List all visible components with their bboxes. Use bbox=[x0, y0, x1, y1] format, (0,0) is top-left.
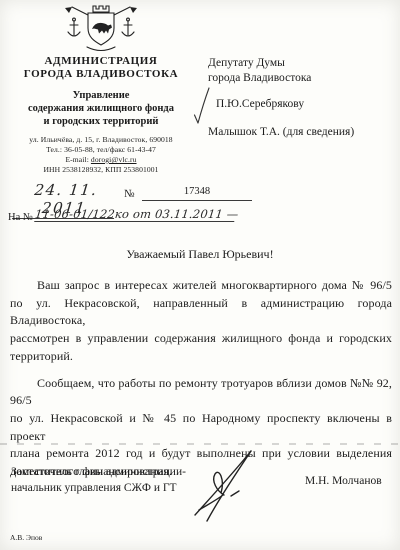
vladivostok-coat-of-arms-icon bbox=[62, 2, 140, 52]
paragraph-line: Сообщаем, что работы по ремонту тротуаро… bbox=[10, 375, 392, 410]
email-line: E-mail: dorogi@vlc.ru bbox=[6, 155, 196, 165]
incoming-reference-handwritten: 11-06-01/122ко от 03.11.2011 — bbox=[34, 207, 236, 222]
signer-title-line2: начальник управления СЖФ и ГТ bbox=[11, 480, 186, 496]
inn-kpp-line: ИНН 2538128932, КПП 253801001 bbox=[6, 165, 196, 175]
outgoing-number: 17348 bbox=[142, 186, 252, 201]
email-address: dorogi@vlc.ru bbox=[91, 155, 137, 164]
number-sign-label: № bbox=[124, 188, 135, 200]
recipient-block: Депутату Думы города Владивостока П.Ю.Се… bbox=[208, 56, 393, 140]
executor-name: А.В. Эпов bbox=[10, 533, 42, 542]
reply-to-label: На № bbox=[8, 212, 33, 223]
reference-block: 24. 11. 2011 № 17348 На № 11-06-01/122ко… bbox=[0, 183, 400, 228]
signer-title-line1: Заместитель главы администрации- bbox=[11, 464, 186, 480]
dept-line1: Управление bbox=[6, 89, 196, 102]
department-name: Управление содержания жилищного фонда и … bbox=[6, 89, 196, 128]
paragraph-line: территорий. bbox=[10, 348, 392, 366]
org-name-line2: ГОРОДА ВЛАДИВОСТОКА bbox=[6, 68, 196, 81]
paragraph-line: по ул. Некрасовской и № 45 по Народному … bbox=[10, 410, 392, 445]
dept-line3: и городских территорий bbox=[6, 115, 196, 128]
signer-title: Заместитель главы администрации- начальн… bbox=[11, 464, 186, 496]
salutation: Уважаемый Павел Юрьевич! bbox=[0, 247, 400, 262]
recipient-line1: Депутату Думы bbox=[208, 56, 393, 71]
recipient-line2: города Владивостока bbox=[208, 71, 393, 86]
recipient-name: П.Ю.Серебрякову bbox=[216, 97, 393, 112]
contact-block: ул. Ильичёва, д. 15, г. Владивосток, 690… bbox=[6, 135, 196, 175]
handwritten-checkmark-icon bbox=[193, 86, 211, 126]
scanned-letter-page: АДМИНИСТРАЦИЯ ГОРОДА ВЛАДИВОСТОКА Управл… bbox=[0, 0, 400, 550]
org-name: АДМИНИСТРАЦИЯ ГОРОДА ВЛАДИВОСТОКА bbox=[6, 55, 196, 81]
letterhead: АДМИНИСТРАЦИЯ ГОРОДА ВЛАДИВОСТОКА Управл… bbox=[6, 2, 196, 175]
postal-address: ул. Ильичёва, д. 15, г. Владивосток, 690… bbox=[6, 135, 196, 145]
recipient-copy: Малышок Т.А. (для сведения) bbox=[208, 125, 393, 140]
dept-line2: содержания жилищного фонда bbox=[6, 102, 196, 115]
phone-line: Тел.: 36-05-88, тел/факс 61-43-47 bbox=[6, 145, 196, 155]
handwritten-signature-icon bbox=[183, 443, 283, 528]
paragraph-line: рассмотрен в управлении содержания жилищ… bbox=[10, 330, 392, 348]
paragraph-line: по ул. Некрасовской, направленный в адми… bbox=[10, 295, 392, 330]
email-label: E-mail: bbox=[65, 155, 90, 164]
paragraph-1: Ваш запрос в интересах жителей многоквар… bbox=[10, 277, 392, 366]
signer-name: М.Н. Молчанов bbox=[305, 475, 382, 487]
org-name-line1: АДМИНИСТРАЦИЯ bbox=[6, 55, 196, 68]
paragraph-line: Ваш запрос в интересах жителей многоквар… bbox=[10, 277, 392, 295]
